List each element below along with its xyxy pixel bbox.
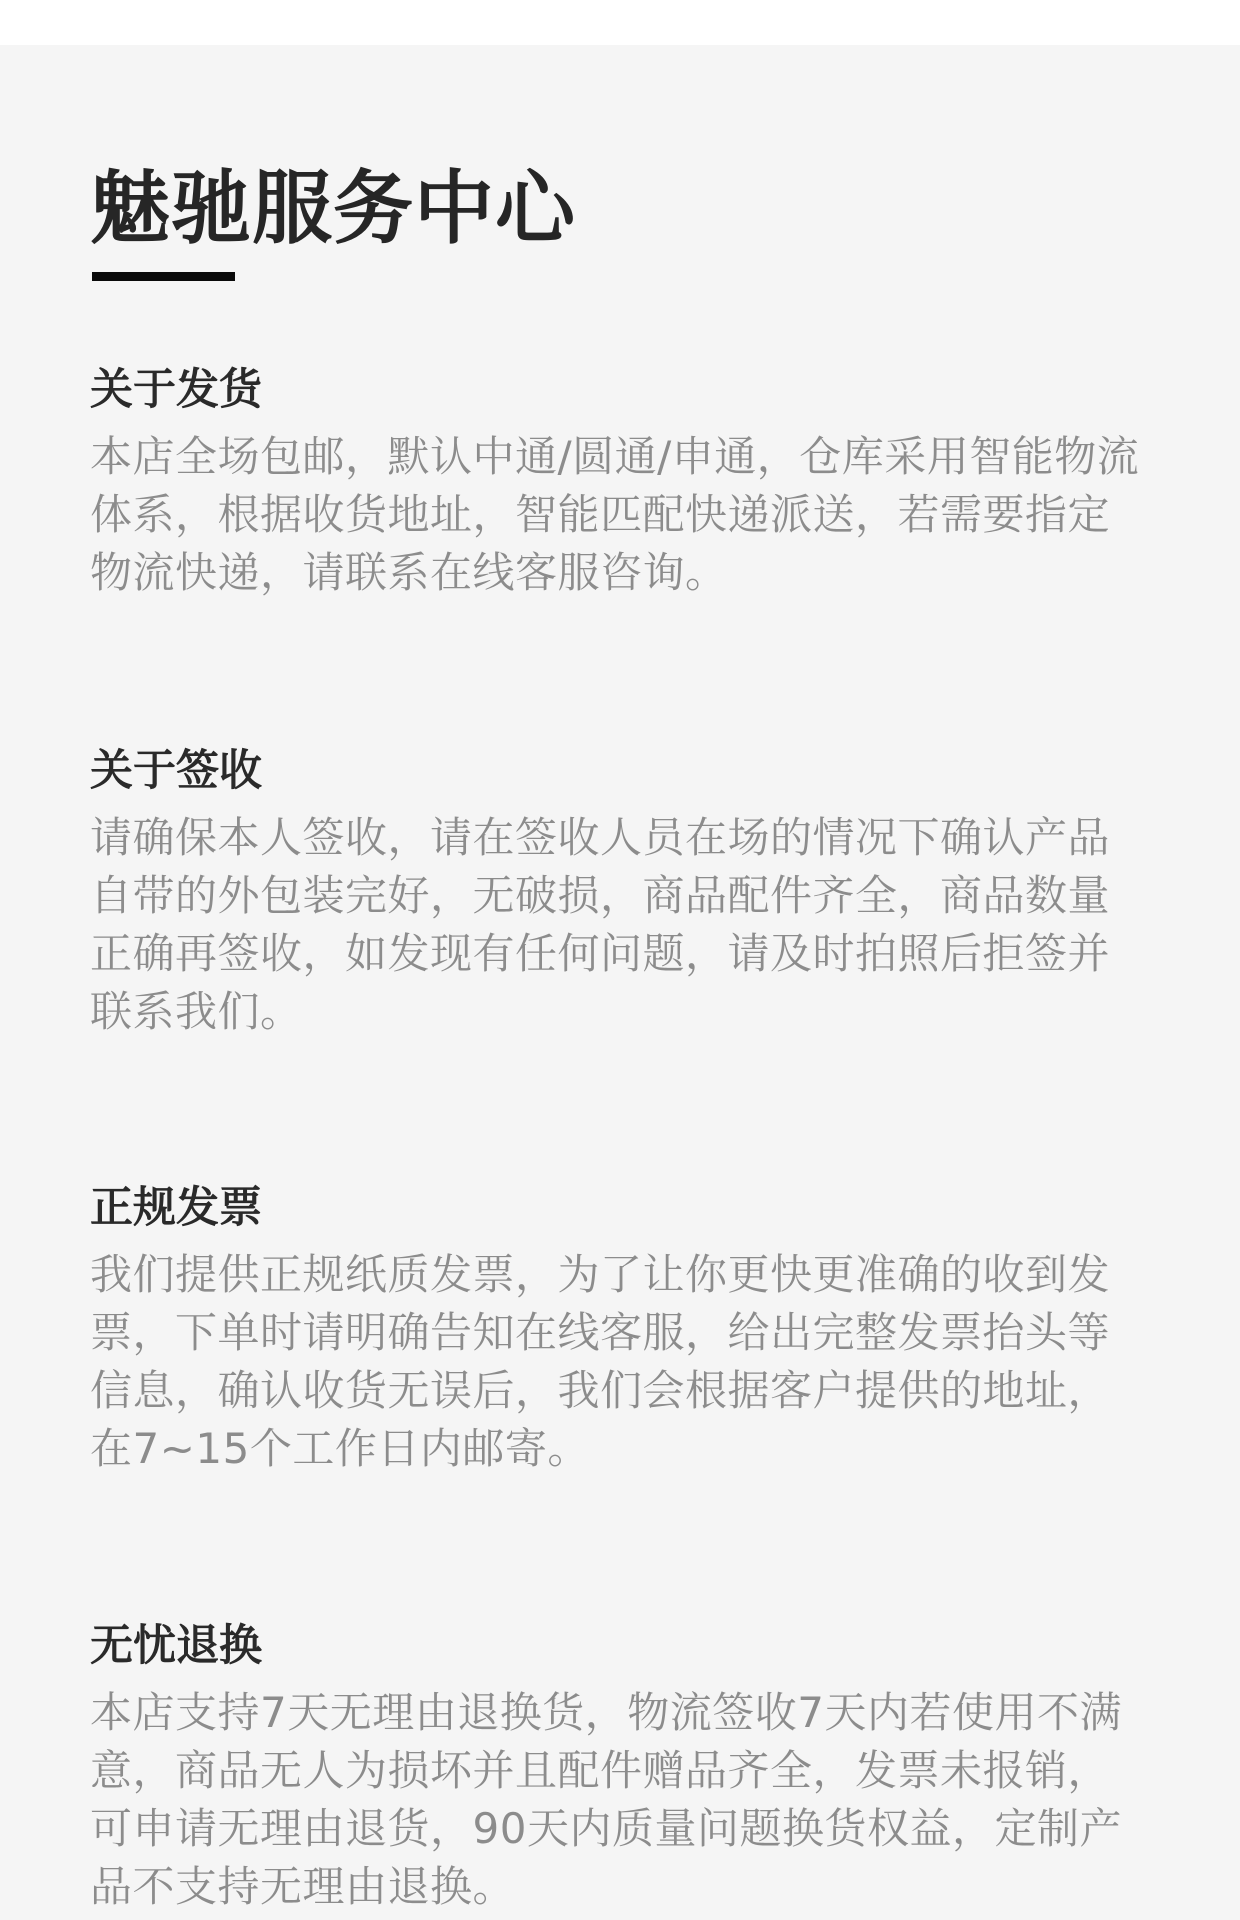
title-underline <box>92 272 235 281</box>
section-invoice: 正规发票 我们提供正规纸质发票，为了让你更快更准确的收到发票，下单时请明确告知在… <box>90 1180 1150 1478</box>
section-body: 请确保本人签收，请在签收人员在场的情况下确认产品自带的外包装完好，无破损，商品配… <box>90 809 1150 1041</box>
top-strip <box>0 0 1240 45</box>
page-title: 魅驰服务中心 <box>90 159 576 259</box>
section-receipt: 关于签收 请确保本人签收，请在签收人员在场的情况下确认产品自带的外包装完好，无破… <box>90 743 1150 1041</box>
section-returns: 无忧退换 本店支持7天无理由退换货，物流签收7天内若使用不满意，商品无人为损坏并… <box>90 1618 1150 1916</box>
section-heading: 无忧退换 <box>90 1618 1150 1674</box>
section-heading: 正规发票 <box>90 1180 1150 1236</box>
section-body: 我们提供正规纸质发票，为了让你更快更准确的收到发票，下单时请明确告知在线客服，给… <box>90 1246 1150 1478</box>
section-heading: 关于发货 <box>90 362 1150 418</box>
section-body: 本店支持7天无理由退换货，物流签收7天内若使用不满意，商品无人为损坏并且配件赠品… <box>90 1684 1150 1916</box>
section-shipping: 关于发货 本店全场包邮，默认中通/圆通/申通，仓库采用智能物流体系，根据收货地址… <box>90 362 1150 602</box>
section-body: 本店全场包邮，默认中通/圆通/申通，仓库采用智能物流体系，根据收货地址，智能匹配… <box>90 428 1150 602</box>
section-heading: 关于签收 <box>90 743 1150 799</box>
